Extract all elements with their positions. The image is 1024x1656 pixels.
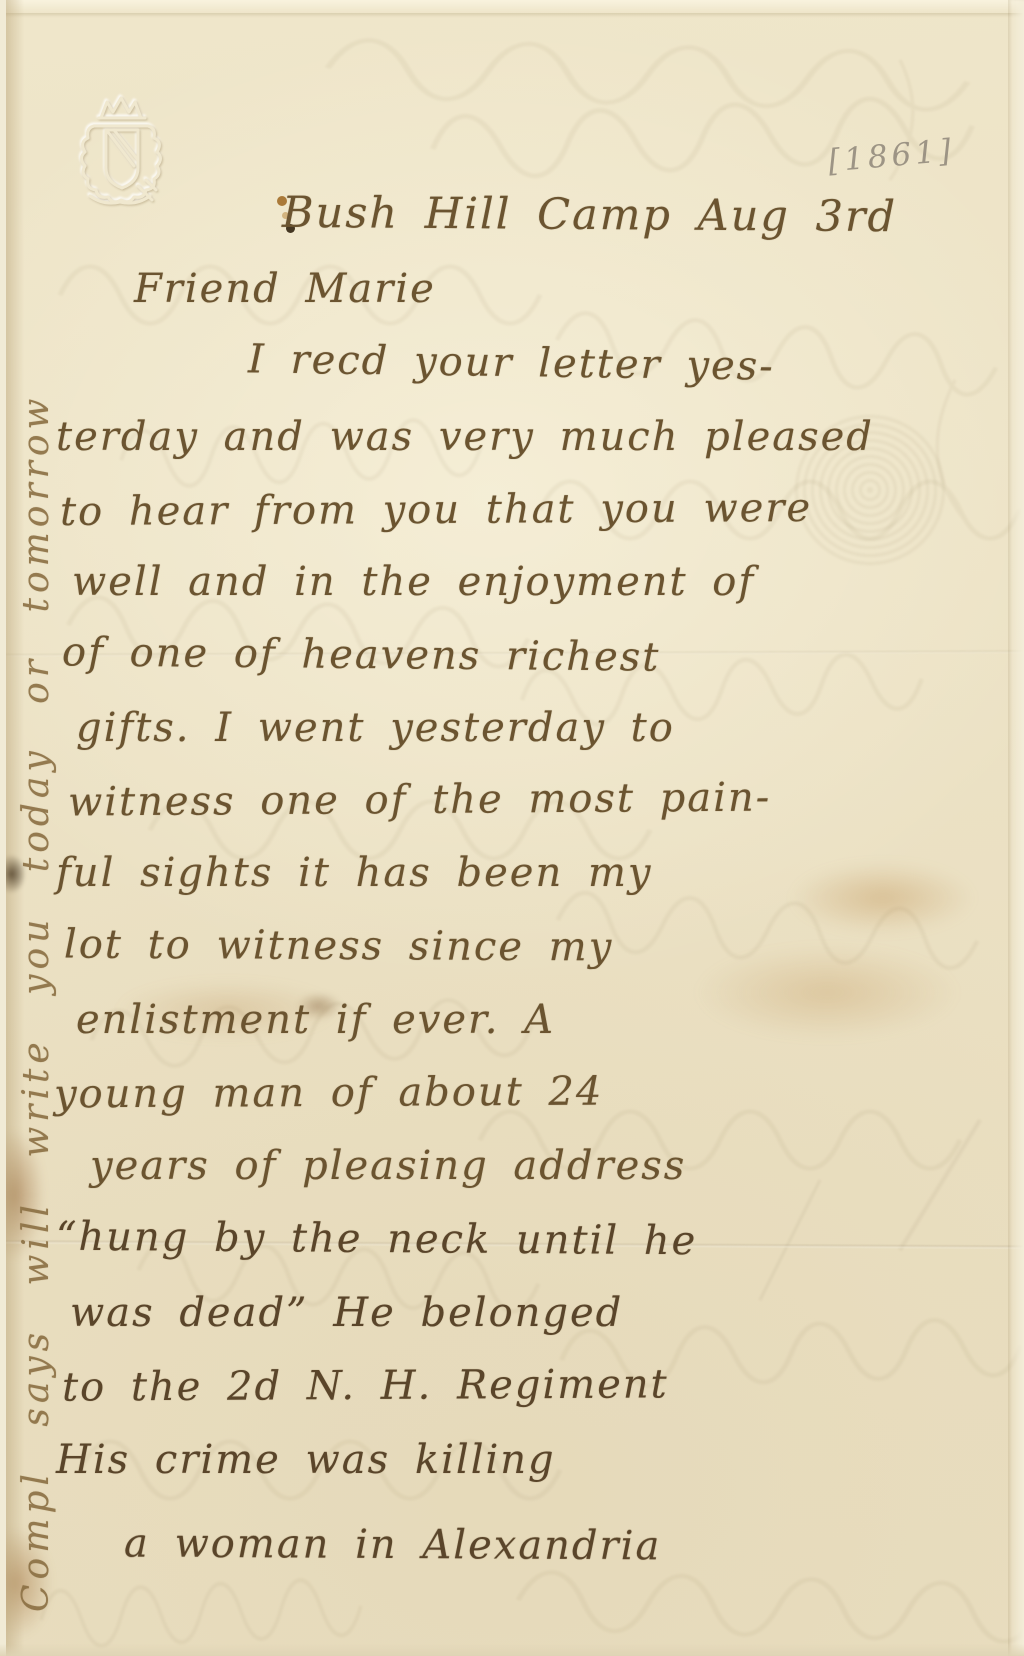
- letter-line: gifts. I went yesterday to: [76, 705, 675, 751]
- letter-line: a woman in Alexandria: [124, 1521, 662, 1570]
- letter-line: young man of about 24: [54, 1069, 604, 1118]
- letter-line: well and in the enjoyment of: [72, 559, 755, 605]
- letter-heading-place-date: Bush Hill Camp Aug 3rd: [282, 188, 897, 242]
- letter-line: to hear from you that you were: [60, 485, 812, 535]
- paper-stain: [695, 945, 960, 1040]
- letter-line: to the 2d N. H. Regiment: [62, 1361, 669, 1410]
- embossed-crest-seal: [54, 88, 188, 224]
- letter-line: was dead” He belonged: [70, 1290, 623, 1336]
- paper-edge-bottom: [0, 1644, 1024, 1656]
- letter-line: I recd your letter yes-: [248, 336, 775, 389]
- paper-edge-left-shadow: [6, 0, 24, 1656]
- letter-line: ful sights it has been my: [56, 850, 652, 896]
- letter-line: His crime was killing: [56, 1437, 556, 1483]
- letter-line: witness one of the most pain-: [68, 775, 772, 826]
- letter-line: lot to witness since my: [64, 922, 613, 971]
- letter-line: of one of heavens richest: [62, 629, 661, 680]
- letter-line: years of pleasing address: [90, 1143, 686, 1189]
- paper-stain: [790, 862, 975, 934]
- letter-line: enlistment if ever. A: [76, 997, 555, 1043]
- letter-scan-page: [1861] Bush Hill Camp Aug 3rd Friend Mar…: [0, 0, 1024, 1656]
- paper-edge-top: [0, 0, 1024, 13]
- letter-line: “hung by the neck until he: [56, 1214, 698, 1264]
- letter-salutation: Friend Marie: [134, 266, 436, 312]
- paper-edge-right: [1008, 0, 1024, 1656]
- letter-line: terday and was very much pleased: [56, 414, 874, 460]
